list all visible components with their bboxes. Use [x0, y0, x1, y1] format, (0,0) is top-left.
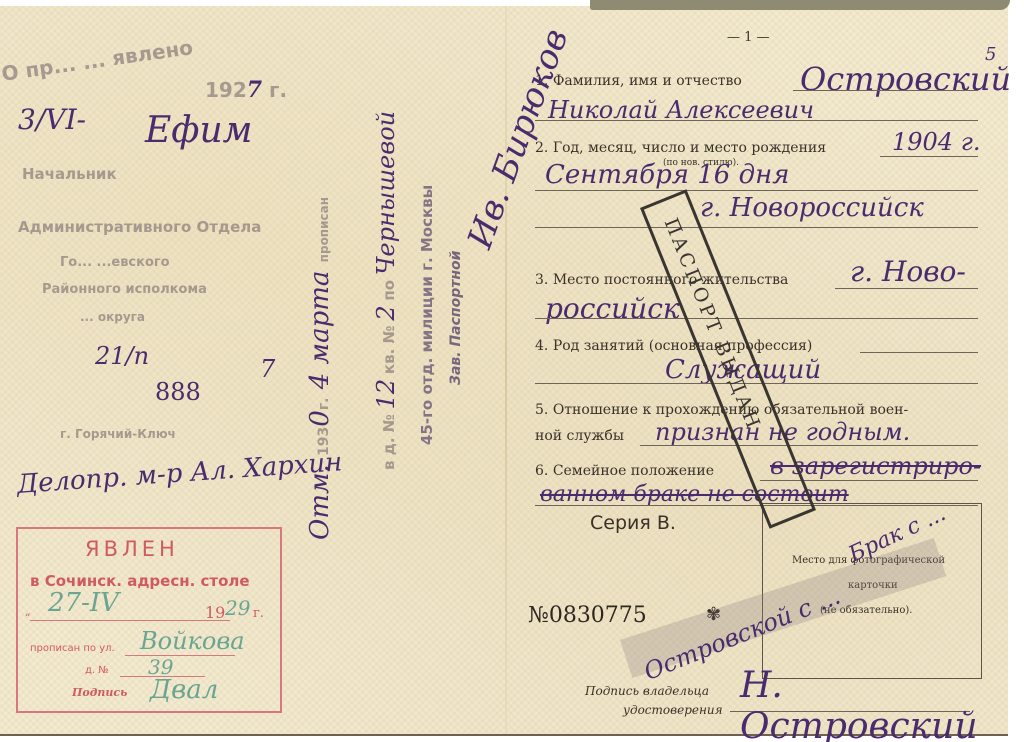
faint-stamp-line-1: Административного Отдела [18, 218, 261, 236]
vert-street-hand: Чернышевой [372, 111, 400, 275]
field-1-text: Фамилия, имя и отчество [553, 73, 742, 89]
field-3-rule [835, 288, 978, 289]
field-2-text: Год, месяц, число и место рождения [553, 140, 826, 156]
left-number-hand: 21/п [95, 342, 149, 370]
field-5-number: 5. [535, 402, 548, 418]
yavlen-signature-value: Двал [150, 675, 218, 705]
field-4-text: Род занятий (основная профессия) [553, 338, 813, 354]
left-year-hand: 7 [260, 355, 275, 383]
vert-col3-militia: 45-го отд. милиции г. Москвы [418, 185, 436, 445]
vert-po-label: по [380, 280, 398, 301]
yavlen-address-label: прописан по ул. [30, 643, 115, 654]
yavlen-signature-label: Подпись [72, 686, 127, 699]
vert-year-print: 193 [316, 427, 332, 456]
left-top-signature: Ефим [145, 110, 253, 151]
field-2-value-line2: Сентября 16 дня [545, 160, 789, 190]
vert-col1-hand: Отм. 1930г. 4 марта прописан [305, 197, 335, 540]
yavlen-year-value: 29 [225, 596, 250, 620]
field-5-rule [640, 445, 978, 446]
vert-propisan: прописан [317, 197, 331, 262]
yavlen-date-prefix: „ [25, 605, 31, 618]
right-margin [1008, 10, 1024, 742]
series-label: Серия В. [590, 512, 676, 534]
field-3-label: 3. Место постоянного жительства [535, 272, 788, 288]
field-6-number: 6. [535, 463, 548, 479]
yavlen-year-prefix: 19 [205, 603, 225, 622]
vert-otm: Отм. [305, 464, 335, 540]
field-2-label: 2. Год, месяц, число и место рождения [535, 140, 826, 156]
signature-label-1: Подпись владельца [585, 684, 709, 698]
faint-year-hand: 7 [247, 77, 262, 103]
field-4-number: 4. [535, 338, 548, 354]
yavlen-date-value: 27-IV [48, 588, 119, 618]
faint-stamp-line-3: Районного исполкома [42, 282, 207, 297]
field-3-value-line2: российск [545, 292, 680, 325]
vert-date-hand: 4 марта [305, 271, 335, 390]
field-6-label: 6. Семейное положение [535, 463, 714, 479]
field-1-rule [793, 90, 978, 91]
cover-edge [590, 0, 1010, 10]
left-date-hand: 3/VI- [18, 103, 86, 136]
yavlen-title: ЯВЛЕН [85, 537, 179, 561]
field-3-rule-2 [535, 318, 978, 319]
faint-year: 1927 г. [205, 77, 287, 103]
vert-col2: в д. № 12 кв. № 2 по Чернышевой [372, 111, 400, 470]
faint-year-suffix: г. [269, 78, 287, 102]
field-2-rule-2 [535, 190, 978, 191]
vert-kv-hand: 2 [372, 305, 400, 320]
faint-stamp-line-4: ... округа [80, 310, 145, 324]
serial-number: №0830775 [528, 603, 647, 628]
vert-year-suffix: г. [316, 398, 332, 411]
vert-kv-label: кв. № [380, 325, 398, 374]
yavlen-address-value: Войкова [140, 627, 245, 655]
left-number-888: 888 [155, 378, 201, 406]
yavlen-year-suffix: г. [253, 606, 264, 621]
vert-col4-head: Зав. Паспортной [448, 251, 464, 385]
field-1-label: 1. Фамилия, имя и отчество [535, 73, 742, 89]
vert-house-label: в д. № [380, 414, 398, 470]
field-2-value: 1904 г. [892, 128, 980, 156]
yavlen-address-rule [125, 655, 235, 656]
vert-year-hand: 0 [305, 410, 335, 427]
faint-place: г. Горячий-Ключ [60, 427, 176, 441]
field-3-value: г. Ново- [850, 255, 966, 288]
field-2-rule [880, 156, 978, 157]
faint-year-print: 192 [205, 78, 247, 102]
field-2-value-line3: г. Новороссийск [700, 193, 924, 223]
owner-signature: Н. Островский [740, 665, 1024, 742]
field-4-rule [860, 352, 978, 353]
field-4-label: 4. Род занятий (основная профессия) [535, 338, 812, 354]
signature-label-2: удостоверения [623, 703, 723, 717]
yavlen-house-label: д. № [85, 665, 109, 676]
field-2-rule-3 [535, 227, 978, 228]
vert-house-hand: 12 [372, 379, 400, 410]
field-1-value: Островский [800, 60, 1011, 98]
field-3-number: 3. [535, 272, 548, 288]
yavlen-date-rule [30, 620, 230, 621]
faint-stamp-line-2: Го... ...евского [60, 255, 170, 270]
field-5-label-2: ной службы [535, 428, 624, 444]
field-1-rule-2 [535, 120, 978, 121]
page-number: — 1 — [727, 30, 770, 45]
faint-chief-label: Начальник [22, 165, 117, 183]
field-6-text: Семейное положение [553, 463, 714, 479]
